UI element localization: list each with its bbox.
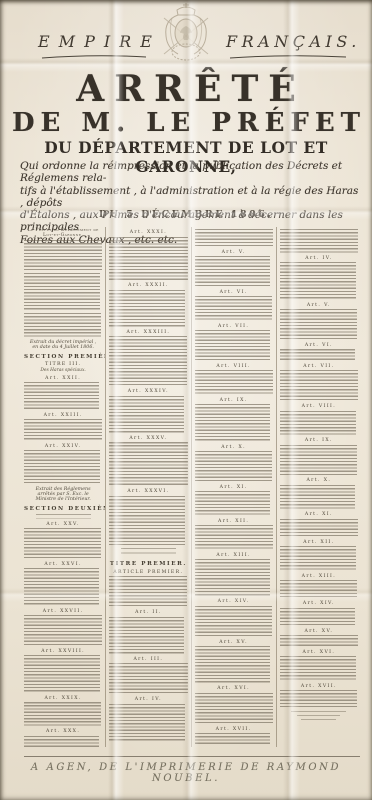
paragraph-text	[195, 256, 271, 287]
paragraph-text	[280, 656, 356, 680]
text-column-1: Le Préfet du Département de Lot-et-Garon…	[21, 227, 105, 747]
paragraph-text	[109, 442, 187, 486]
paragraph-text	[280, 546, 356, 570]
preamble-lead: Le Préfet du Département de Lot-et-Garon…	[24, 228, 102, 238]
section-heading: TITRE PREMIER.	[109, 561, 187, 567]
article-heading: Art. XXXVI.	[109, 489, 187, 494]
paragraph-text	[109, 290, 185, 327]
paragraph-text	[109, 237, 187, 281]
article-heading: Art. XVI.	[195, 686, 273, 691]
masthead-francais: FRANÇAIS.	[226, 32, 361, 51]
article-heading: Art. XXV.	[24, 522, 102, 527]
article-heading: Art. XXVI.	[24, 562, 102, 567]
paragraph-text	[280, 349, 355, 361]
italic-note-lines	[36, 514, 91, 518]
text-column-4: Art. IV.Art. V.Art. VI.Art. VII.Art. VII…	[276, 227, 361, 747]
paragraph-text	[195, 296, 272, 320]
article-heading: Art. VI.	[195, 290, 273, 295]
article-heading: Art. IV.	[109, 697, 187, 702]
paragraph-text	[195, 693, 273, 724]
paragraph-text	[109, 576, 186, 607]
article-heading: Art. XII.	[280, 540, 358, 545]
article-heading: Art. X.	[195, 445, 273, 450]
article-heading: Art. XIV.	[280, 601, 358, 606]
paragraph-text	[280, 519, 358, 537]
text-column-2: Art. XXXI.Art. XXXII.Art. XXXIII.Art. XX…	[105, 227, 190, 747]
article-heading: Art. XXVIII.	[24, 649, 102, 654]
signature-line	[291, 711, 346, 712]
section-heading: SECTION PREMIÈRE.	[24, 354, 102, 360]
article-heading: ARTICLE PREMIER.	[109, 570, 187, 575]
paragraph-text	[109, 704, 185, 741]
masthead-empire: EMPIRE	[38, 32, 161, 51]
paragraph-text	[24, 450, 100, 484]
article-heading: Art. XXXIV.	[109, 389, 187, 394]
article-heading: Art. V.	[280, 303, 358, 308]
headline-arrete: ARRÊTÉ	[0, 68, 372, 110]
article-heading: Art. XII.	[195, 519, 273, 524]
article-heading: Art. VIII.	[195, 364, 273, 369]
paragraph-text	[24, 313, 101, 337]
article-heading: Art. IV.	[280, 256, 358, 261]
paragraph-text	[195, 229, 273, 247]
paragraph-text	[24, 240, 102, 271]
masthead: EMPIRE FRANÇAIS.	[0, 28, 372, 64]
article-heading: Art. XXXV.	[109, 436, 187, 441]
article-heading: Art. XXXIII.	[109, 330, 187, 335]
subtitle-line: tifs à l'établissement , à l'administrat…	[20, 185, 360, 210]
extract-note: Extrait du décret impérial , en date du …	[28, 340, 98, 350]
paragraph-text	[195, 370, 273, 394]
flourish-right	[228, 54, 348, 60]
flourish-left	[40, 54, 148, 60]
article-heading: Art. XXX.	[24, 729, 102, 734]
paragraph-text	[24, 655, 100, 692]
paragraph-text	[24, 615, 102, 646]
paragraph-text	[24, 528, 101, 559]
paragraph-text	[280, 580, 357, 598]
imprint-line: A AGEN, DE L'IMPRIMERIE DE RAYMOND NOUBE…	[0, 762, 372, 784]
article-heading: Art. XVII.	[195, 727, 273, 732]
article-heading: Art. XVII.	[280, 684, 358, 689]
article-heading: Art. XXIV.	[24, 444, 102, 449]
paragraph-text	[280, 309, 357, 340]
paragraph-text	[195, 491, 270, 515]
article-heading: Art. XXVII.	[24, 609, 102, 614]
article-heading: Art. XI.	[280, 512, 358, 517]
signature-block	[280, 711, 358, 720]
article-heading: Art. IX.	[195, 398, 273, 403]
paragraph-text	[24, 736, 99, 747]
article-heading: Art. XXIII.	[24, 413, 102, 418]
signature-line	[297, 715, 340, 716]
article-heading: Art. X.	[280, 478, 358, 483]
poster-photo: EMPIRE FRANÇAIS.	[0, 0, 372, 800]
italic-note-lines	[121, 548, 176, 557]
article-heading: Art. XIV.	[195, 599, 273, 604]
paragraph-text	[195, 330, 270, 361]
article-heading: Art. XXXI.	[109, 230, 187, 235]
columns: Le Préfet du Département de Lot-et-Garon…	[21, 227, 361, 747]
paragraph-text	[195, 646, 270, 683]
paragraph-text	[109, 496, 185, 546]
paragraph-text	[280, 370, 358, 401]
paragraph-text	[195, 525, 273, 549]
subsection-note: Des Haras spéciaux.	[24, 368, 102, 373]
text-column-3: Art. V.Art. VI.Art. VII.Art. VIII.Art. I…	[191, 227, 276, 747]
signature-line	[301, 719, 336, 720]
paragraph-text	[24, 419, 102, 440]
paragraph-text	[280, 635, 358, 647]
article-heading: Art. XV.	[195, 640, 273, 645]
article-heading: Art. III.	[109, 657, 187, 662]
article-heading: Art. VI.	[280, 343, 358, 348]
subtitle-line: Qui ordonne la réimpression et la public…	[20, 160, 360, 185]
paragraph-text	[109, 617, 184, 654]
article-heading: Art. XIII.	[195, 553, 273, 558]
paragraph-text	[24, 702, 101, 726]
paragraph-text	[24, 568, 99, 605]
paragraph-text	[280, 690, 357, 708]
article-heading: Art. XXII.	[24, 376, 102, 381]
paragraph-text	[109, 396, 184, 433]
title-heading: TITRE III.	[24, 362, 102, 367]
article-heading: Art. VIII.	[280, 404, 358, 409]
date-line: DU 5 DÉCEMBRE 1806.	[0, 209, 372, 220]
paragraph-text	[109, 336, 186, 386]
paragraph-text	[24, 273, 100, 310]
article-heading: Art. XXIX.	[24, 696, 102, 701]
article-heading: Art. VII.	[195, 324, 273, 329]
paragraph-text	[195, 559, 271, 596]
paragraph-text	[109, 663, 187, 694]
paragraph-text	[280, 445, 357, 476]
paragraph-text	[280, 229, 358, 253]
paragraph-text	[195, 733, 271, 745]
paragraph-text	[195, 606, 272, 637]
bottom-rule	[24, 756, 360, 757]
paragraph-text	[24, 382, 99, 410]
paragraph-text	[280, 411, 356, 435]
paragraph-text	[280, 485, 355, 509]
paragraph-text	[195, 404, 271, 441]
headline-prefet: DE M. LE PRÉFET	[0, 108, 372, 138]
article-heading: Art. V.	[195, 250, 273, 255]
article-heading: Art. XXXII.	[109, 283, 187, 288]
extract-note: Extrait des Réglemens arrêtés par S. Exc…	[28, 487, 98, 502]
article-heading: Art. XI.	[195, 485, 273, 490]
paragraph-text	[280, 262, 356, 299]
article-heading: Art. XVI.	[280, 650, 358, 655]
article-heading: Art. IX.	[280, 438, 358, 443]
paragraph-text	[195, 451, 272, 482]
article-heading: Art. XV.	[280, 629, 358, 634]
paragraph-text	[280, 608, 355, 626]
article-heading: Art. II.	[109, 610, 187, 615]
article-heading: Art. VII.	[280, 364, 358, 369]
article-heading: Art. XIII.	[280, 574, 358, 579]
section-heading: SECTION DEUXIÈME.	[24, 506, 102, 512]
